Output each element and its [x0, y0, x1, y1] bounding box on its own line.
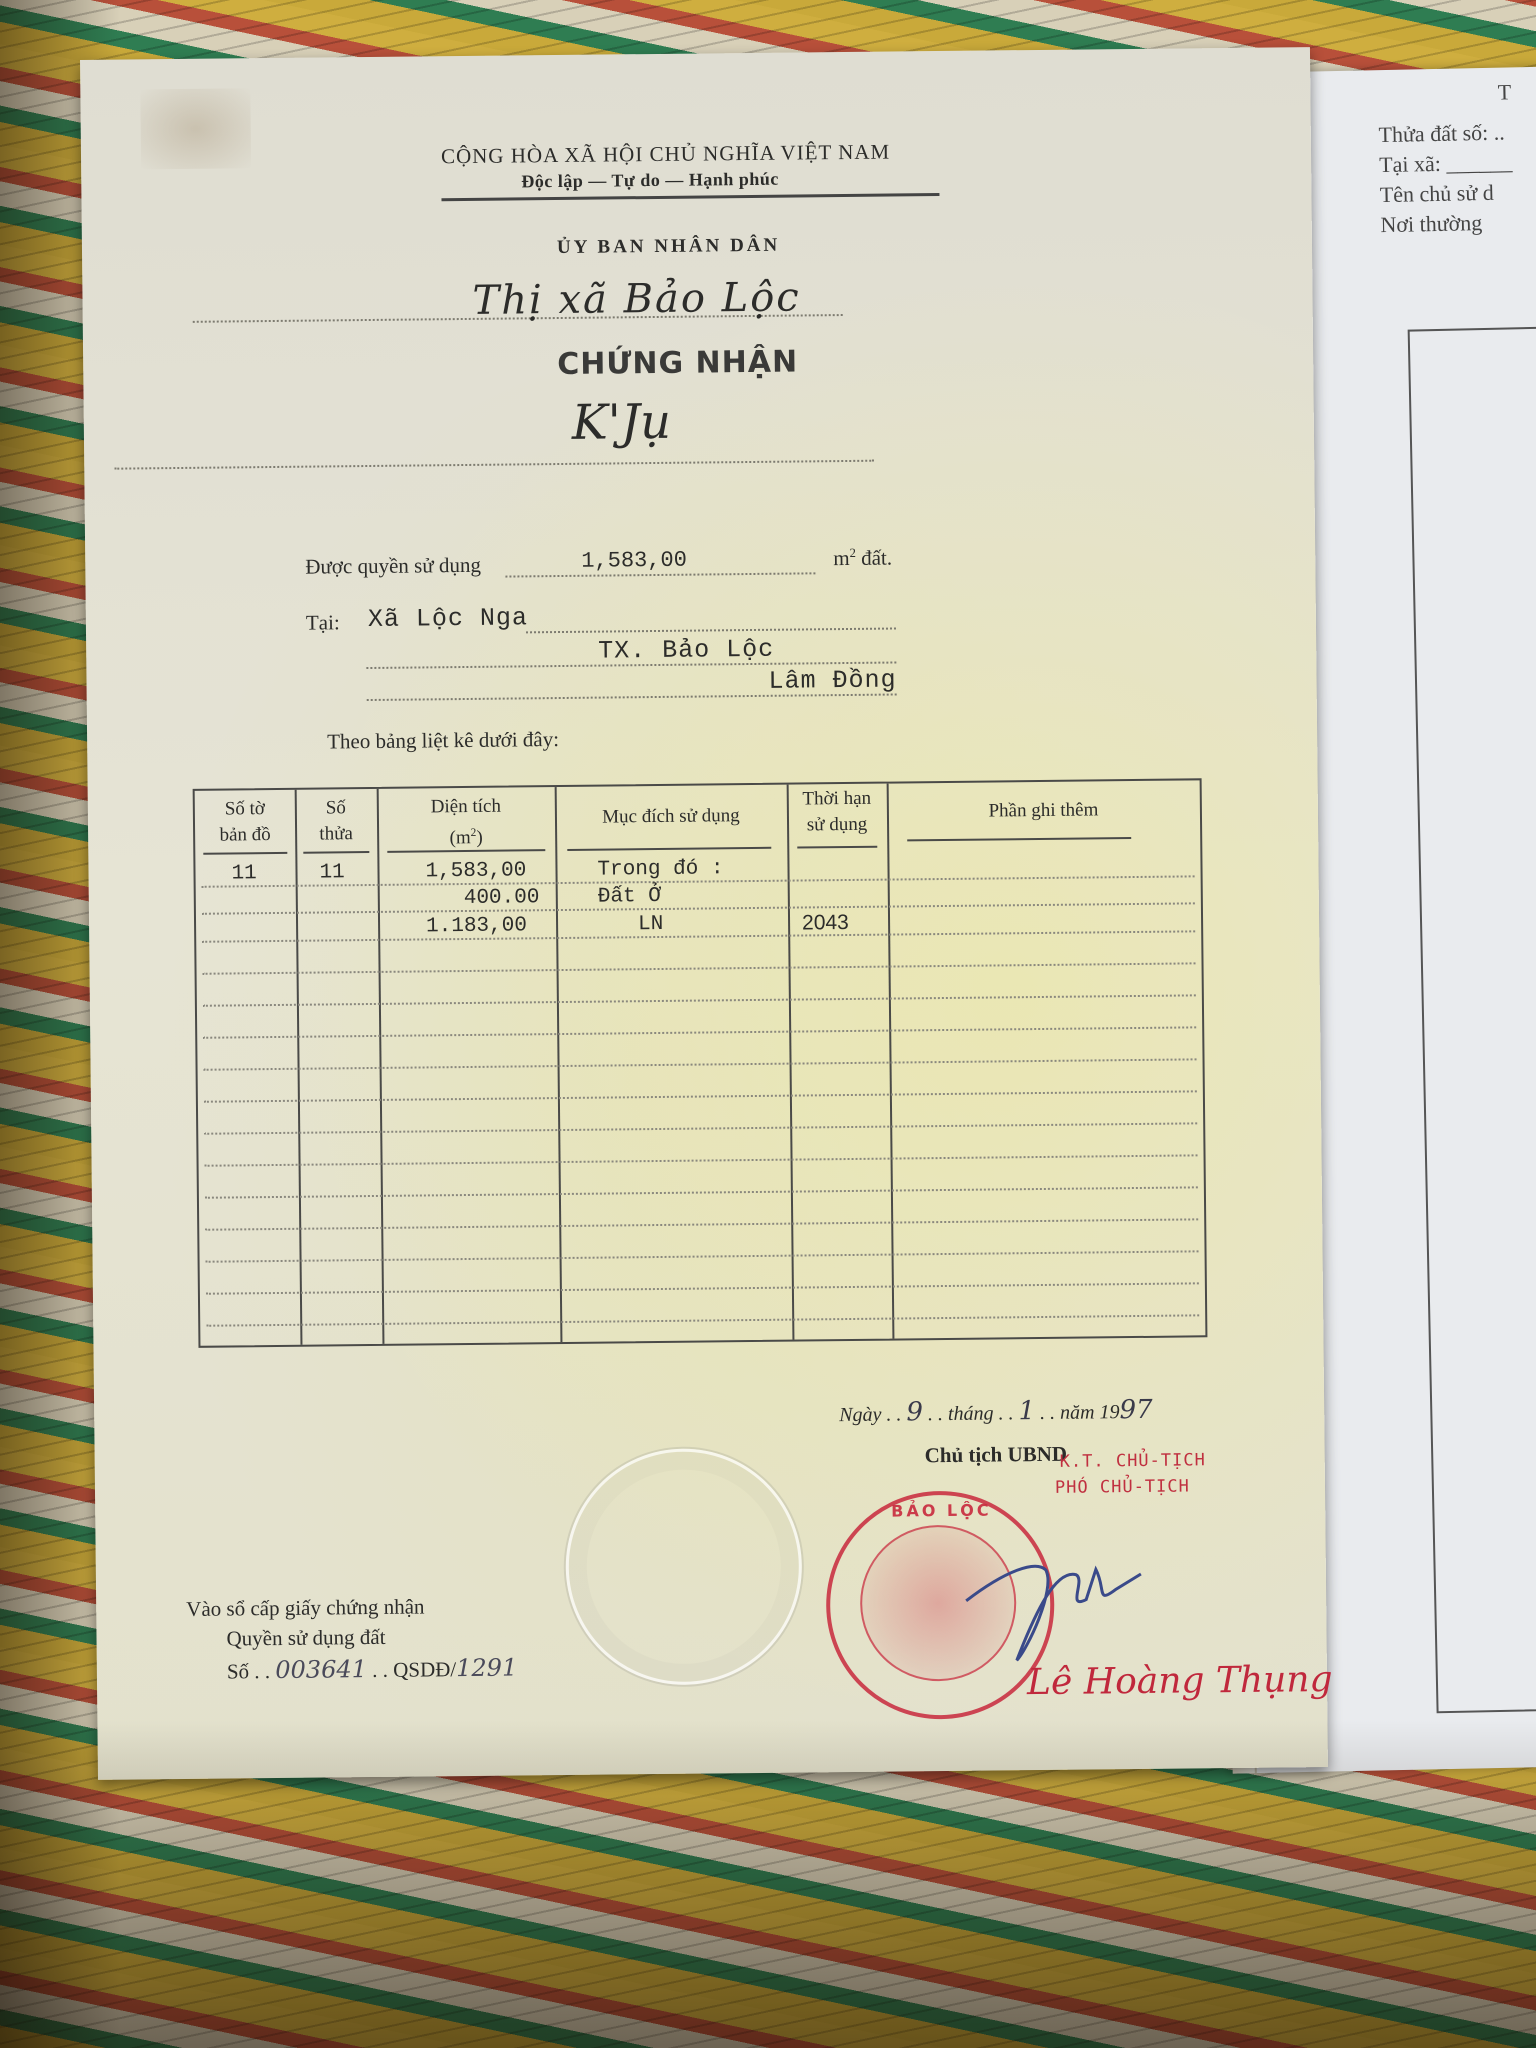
embossed-seal: [565, 1448, 803, 1686]
header-purpose: Mục đích sử dụng: [555, 803, 787, 831]
table-row-line: [205, 1154, 1198, 1166]
date-year: 97: [1119, 1395, 1152, 1425]
second-page-header: T: [1497, 79, 1511, 105]
header-underline: [387, 849, 545, 853]
row1-parcel: 11: [319, 861, 344, 884]
holder-dotted-line: [114, 460, 874, 470]
issue-date: Ngày . . 9 . . tháng . . 1 . . năm 1997: [839, 1395, 1153, 1428]
table-row-line: [206, 1282, 1199, 1294]
commune-label: Tại xã: ______: [1379, 149, 1513, 178]
table-row-line: [203, 962, 1196, 974]
registration-code: 1291: [456, 1654, 517, 1683]
use-right-label: Được quyền sử dụng: [305, 553, 481, 580]
use-right-area: 1,583,00: [581, 548, 687, 574]
paper-stain: [140, 88, 251, 169]
location-town: TX. Bảo Lộc: [598, 635, 774, 666]
land-use-certificate: CỘNG HÒA XÃ HỘI CHỦ NGHĨA VIỆT NAM Độc l…: [80, 47, 1328, 1780]
row2-purpose: Đất Ở: [598, 885, 661, 909]
table-row-line: [203, 994, 1196, 1006]
table-intro: Theo bảng liệt kê dưới đây:: [327, 727, 559, 754]
heading-rule: [441, 193, 939, 201]
table-row-line: [202, 930, 1195, 942]
row1-purpose: Trong đó :: [597, 857, 723, 881]
date-month: 1: [1018, 1396, 1035, 1426]
registration-number-value: 003641: [275, 1655, 367, 1684]
area-dotted-line: [505, 572, 815, 577]
table-row-line: [204, 1090, 1197, 1102]
header-underline: [303, 851, 369, 854]
location-commune: Xã Lộc Nga: [368, 603, 528, 634]
row3-term: 2043: [802, 911, 849, 935]
national-motto: Độc lập — Tự do — Hạnh phúc: [521, 169, 779, 193]
table-row-line: [203, 1026, 1196, 1038]
stamp-on-behalf: K.T. CHỦ-TỊCH: [1060, 1450, 1206, 1472]
header-notes: Phần ghi thêm: [887, 796, 1200, 825]
parcel-table: Số tờ bản đồ Số thửa Diện tích (m2) Mục …: [193, 778, 1208, 1348]
nation-heading: CỘNG HÒA XÃ HỘI CHỦ NGHĨA VIỆT NAM: [441, 140, 890, 170]
registration-number: Số . . 003641 . . QSDĐ/1291: [227, 1654, 518, 1685]
header-area: Diện tích (m2): [377, 793, 556, 852]
table-row-line: [202, 902, 1195, 914]
table-row-line: [204, 1122, 1197, 1134]
holder-name: K'Jụ: [572, 394, 672, 451]
table-row-line: [204, 1058, 1197, 1070]
unit-suffix: đất.: [861, 546, 892, 570]
seal-text: BẢO LỘC: [891, 1501, 991, 1521]
header-underline: [203, 852, 287, 855]
owner-name-label: Tên chủ sử d: [1380, 180, 1494, 208]
unit-m: m: [833, 546, 850, 570]
handwritten-signature: [945, 1529, 1146, 1671]
row3-area: 1.183,00: [426, 914, 527, 938]
residence-label: Nơi thường: [1380, 210, 1482, 238]
date-day: 9: [906, 1397, 923, 1427]
row3-purpose: LN: [638, 913, 663, 936]
location-province: Lâm Đồng: [768, 665, 896, 695]
unit-sup: 2: [849, 546, 855, 560]
commune-dotted-line: [526, 627, 896, 633]
stamp-vice-chair: PHÓ CHỦ-TỊCH: [1055, 1476, 1190, 1497]
row1-area: 1,583,00: [425, 859, 526, 883]
header-underline: [907, 837, 1131, 841]
woven-mat-background: [0, 1720, 1536, 2048]
header-underline: [567, 847, 771, 851]
header-term: Thời hạn sử dụng: [787, 786, 888, 839]
row2-area: 400.00: [464, 886, 540, 910]
header-map-sheet: Số tờ bản đồ: [195, 796, 296, 849]
location-label: Tại:: [306, 610, 340, 635]
table-row-line: [206, 1250, 1199, 1262]
signer-name: Lê Hoàng Thụng: [1027, 1659, 1333, 1703]
issuer-name: Thị xã Bảo Lộc: [472, 274, 801, 323]
table-row-line: [205, 1186, 1198, 1198]
chair-label: Chủ tịch UBND: [925, 1442, 1068, 1468]
registration-line2: Quyền sử dụng đất: [226, 1625, 385, 1652]
registration-line1: Vào sổ cấp giấy chứng nhận: [186, 1594, 424, 1621]
issuer-label: ỦY BAN NHÂN DÂN: [557, 235, 780, 259]
certificate-title: CHỨNG NHẬN: [557, 344, 798, 382]
table-row-line: [206, 1314, 1199, 1326]
parcel-number-label: Thửa đất số: ..: [1378, 120, 1505, 149]
second-page-frame: [1408, 325, 1536, 1713]
header-parcel-number: Số thửa: [295, 795, 378, 848]
row1-map-sheet: 11: [231, 862, 256, 885]
use-right-unit: m2 đất.: [833, 546, 892, 572]
header-underline: [797, 846, 877, 849]
table-row-line: [205, 1218, 1198, 1230]
